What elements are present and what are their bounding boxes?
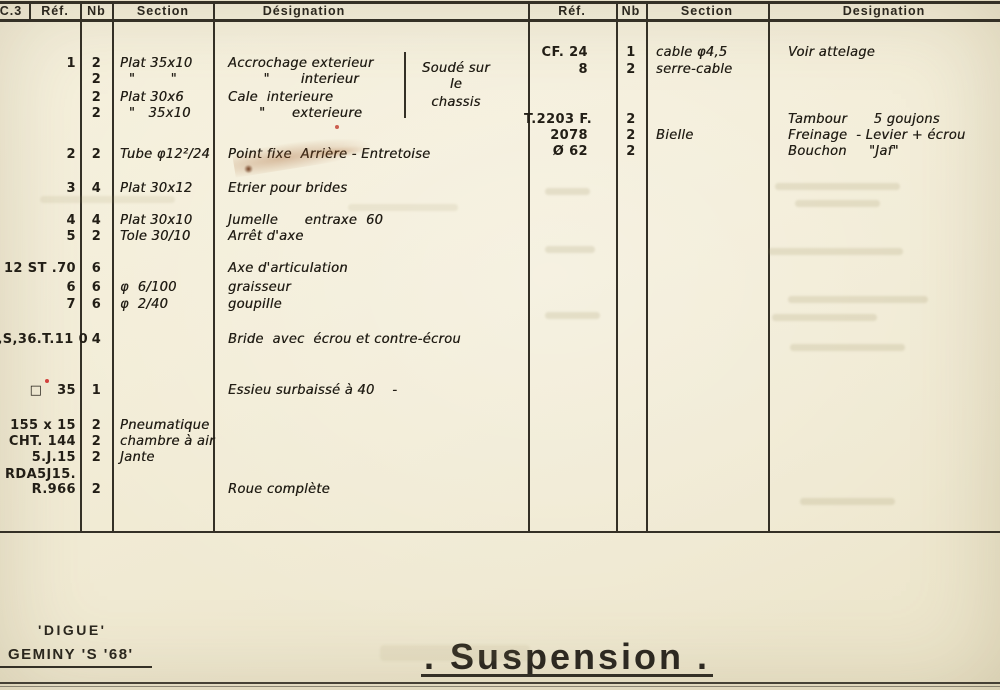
ref-cell: R.966: [0, 482, 76, 497]
designation-cell: Bride avec écrou et contre-écrou: [228, 332, 403, 347]
ref-cell: 4: [0, 213, 76, 228]
section-cell: Plat 30x6: [120, 90, 225, 105]
table-row: 52Tole 30/10Arrêt d'axe: [0, 229, 1000, 245]
scanned-parts-sheet: C.3 Réf. Nb Section Désignation Réf. Nb …: [0, 0, 1000, 690]
table-row: 5.J.152Jante: [0, 450, 1000, 466]
footer-rule-2: [0, 686, 1000, 687]
nb-cell: 4: [81, 213, 112, 228]
ref-cell: □ 35: [0, 383, 76, 398]
designation-cell: Arrêt d'axe: [228, 229, 403, 244]
left-header-ref: Réf.: [30, 4, 80, 18]
ink-stain: [244, 165, 253, 173]
table-row: 2Plat 30x6Cale interieurechassis: [0, 90, 1000, 106]
ref-cell: 2,S,36.T.11 0: [0, 332, 76, 347]
section-cell: serre-cable: [656, 62, 766, 77]
right-header-nb: Nb: [616, 4, 646, 18]
table-row: 2,S,36.T.11 04Bride avec écrou et contre…: [0, 332, 1000, 348]
nb-cell: 2: [616, 62, 646, 77]
designation-cell: Etrier pour brides: [228, 181, 403, 196]
bleed-through-mark: [800, 498, 895, 505]
table-row: CHT. 1442chambre à air: [0, 434, 1000, 450]
designation-cell: Voir attelage: [788, 45, 1000, 60]
table-row: 20782BielleFreinage - Levier + écrou: [0, 128, 1000, 144]
ref-cell: Ø 62: [524, 144, 588, 159]
ref-cell: 12 ST .70: [0, 261, 76, 276]
footer-rule-1: [0, 682, 1000, 684]
designation-cell: goupille: [228, 297, 403, 312]
nb-cell: 2: [81, 482, 112, 497]
title-underline: [421, 674, 713, 677]
section-cell: cable φ4,5: [656, 45, 766, 60]
designation-cell: Essieu surbaissé à 40 -: [228, 383, 403, 398]
right-header-section: Section: [646, 4, 768, 18]
table-row: 82serre-cable: [0, 62, 1000, 78]
nb-cell: 6: [81, 297, 112, 312]
table-row: T.2203 F.2Tambour 5 goujons: [0, 112, 1000, 128]
designation-cell: Jumelle entraxe 60: [228, 213, 403, 228]
table-row: 66φ 6/100graisseur: [0, 280, 1000, 296]
designation-cell: Roue complète: [228, 482, 403, 497]
nb-cell: 2: [81, 450, 112, 465]
bleed-through-mark: [545, 312, 600, 319]
ref-cell: CF. 24: [524, 45, 588, 60]
page-title: . Suspension .: [421, 636, 713, 678]
ref-cell: T.2203 F.: [524, 112, 588, 127]
ref-cell: RDA5J15.: [0, 467, 76, 482]
nb-cell: 2: [81, 90, 112, 105]
section-cell: φ 6/100: [120, 280, 225, 295]
designation-cell: graisseur: [228, 280, 403, 295]
bleed-through-mark: [795, 200, 880, 207]
table-row: CF. 241cable φ4,5Voir attelage: [0, 45, 1000, 61]
nb-cell: 2: [616, 128, 646, 143]
ref-cell: 5.J.15: [0, 450, 76, 465]
section-cell: Jante: [120, 450, 225, 465]
corner-label: C.3: [0, 4, 28, 18]
nb-cell: 1: [81, 383, 112, 398]
bleed-through-mark: [40, 196, 175, 203]
section-cell: Plat 30x12: [120, 181, 225, 196]
section-cell: Tole 30/10: [120, 229, 225, 244]
section-cell: Bielle: [656, 128, 766, 143]
left-header-section: Section: [113, 4, 213, 18]
section-cell: chambre à air: [120, 434, 225, 449]
nb-cell: 2: [616, 112, 646, 127]
nb-cell: 1: [616, 45, 646, 60]
nb-cell: 4: [81, 181, 112, 196]
section-cell: Pneumatique: [120, 418, 225, 433]
doc-label-underline: [0, 666, 152, 668]
table-row: □ 351Essieu surbaissé à 40 -: [0, 383, 1000, 399]
table-row: 44Plat 30x10Jumelle entraxe 60: [0, 213, 1000, 229]
bleed-through-mark: [772, 314, 877, 321]
table-row: 155 x 152Pneumatique: [0, 418, 1000, 434]
nb-cell: 2: [81, 434, 112, 449]
section-cell: φ 2/40: [120, 297, 225, 312]
ref-cell: CHT. 144: [0, 434, 76, 449]
section-cell: Plat 30x10: [120, 213, 225, 228]
bleed-through-mark: [348, 204, 458, 211]
ref-cell: 5: [0, 229, 76, 244]
ref-cell: 6: [0, 280, 76, 295]
ref-cell: 155 x 15: [0, 418, 76, 433]
table-bottom-border: [0, 531, 1000, 533]
nb-cell: 2: [81, 418, 112, 433]
designation-cell: Freinage - Levier + écrou: [788, 128, 1000, 143]
left-header-designation: Désignation: [213, 4, 395, 18]
nb-cell: 6: [81, 261, 112, 276]
nb-cell: 6: [81, 280, 112, 295]
designation-cell: Cale interieure: [228, 90, 403, 105]
right-header-ref: Réf.: [528, 4, 616, 18]
table-row: 12 ST .706Axe d'articulation: [0, 261, 1000, 277]
nb-cell: 4: [81, 332, 112, 347]
designation-cell: Bouchon "Jaf": [788, 144, 1000, 159]
designation-cell: Axe d'articulation: [228, 261, 403, 276]
ref-cell: 2078: [524, 128, 588, 143]
table-row: Ø 622Bouchon "Jaf": [0, 144, 1000, 160]
left-header-nb: Nb: [81, 4, 112, 18]
header-underline: [0, 19, 1000, 22]
bleed-through-mark: [768, 248, 903, 255]
table-row: 34Plat 30x12Etrier pour brides: [0, 181, 1000, 197]
ref-cell: 8: [524, 62, 588, 77]
nb-cell: 2: [616, 144, 646, 159]
table-row: R.9662Roue complète: [0, 482, 1000, 498]
bleed-through-mark: [545, 246, 595, 253]
table-row: RDA5J15.: [0, 467, 1000, 483]
designation-cell: Tambour 5 goujons: [788, 112, 1000, 127]
doc-label-geminy: GEMINY 'S '68': [8, 646, 134, 663]
ref-cell: 3: [0, 181, 76, 196]
right-header-designation: Designation: [768, 4, 1000, 18]
nb-cell: 2: [81, 229, 112, 244]
doc-label-digue: 'DIGUE': [38, 622, 107, 638]
table-row: 76φ 2/40goupille: [0, 297, 1000, 313]
ref-cell: 7: [0, 297, 76, 312]
